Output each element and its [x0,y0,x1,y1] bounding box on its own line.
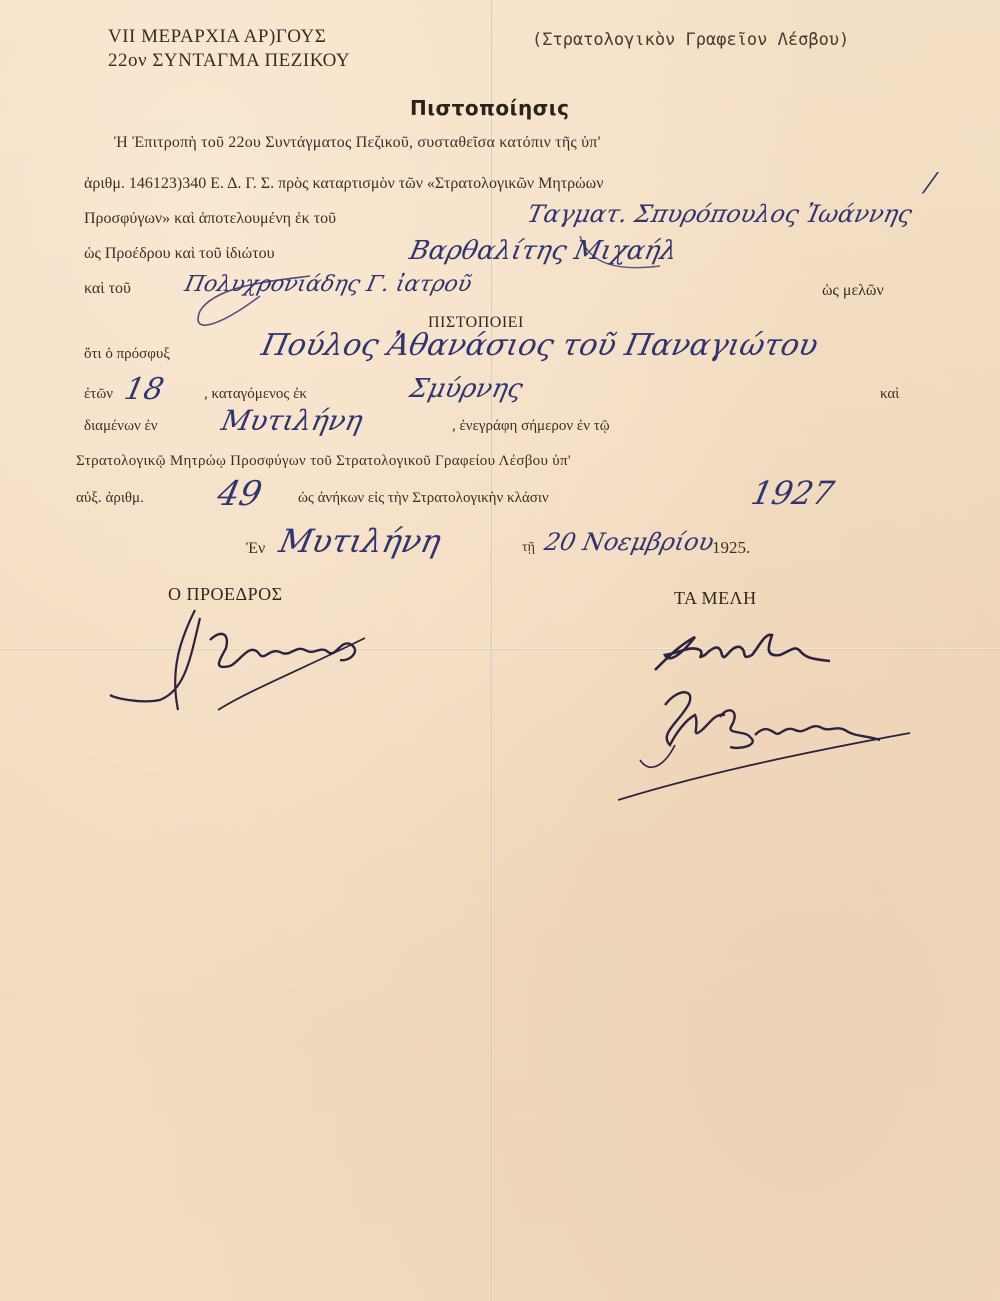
and-label: καὶ [880,386,899,403]
document-title: Πιστοποίησις [410,96,569,120]
handwritten-residence: Μυτιλήνη [218,404,365,437]
handwritten-serial-number: 49 [214,474,266,514]
paragraph-line-5-label: καὶ τοῦ [84,280,131,298]
date-label: τῇ [522,540,535,556]
place-label: Ἐν [246,540,265,558]
member-signature-2 [610,675,920,805]
handwritten-president-name: Ταγματ. Σπυρόπουλος Ἰωάννης [525,200,915,228]
paragraph-line-2: ἀριθμ. 146123)340 Ε. Δ. Γ. Σ. πρὸς καταρ… [84,175,603,193]
handwritten-date: 20 Νοεμβρίου [542,528,716,556]
registered-label: , ἐνεγράφη σήμερον ἐν τῷ [452,418,610,435]
residence-label: διαμένων ἐν [84,418,158,435]
paragraph-line-1: Ἡ Ἐπιτροπὴ τοῦ 22ου Συντάγματος Πεζικοῦ,… [114,134,601,152]
class-label: ὡς ἀνήκων εἰς τὴν Στρατολογικὴν κλάσιν [298,490,549,507]
paragraph-line-5-suffix: ὡς μελῶν [822,282,884,300]
handwritten-class-year: 1927 [748,474,838,512]
age-label: ἐτῶν [84,386,113,403]
year-label: 1925. [712,538,750,558]
header-regiment: 22ον ΣΥΝΤΑΓΜΑ ΠΕΖΙΚΟΥ [108,50,350,72]
handwritten-age: 18 [121,372,167,407]
handwritten-origin: Σμύρνης [407,374,526,404]
origin-label: , καταγόμενος ἐκ [204,386,307,403]
vertical-fold-crease [491,0,493,1301]
refugee-label: ὅτι ὁ πρόσφυξ [84,346,170,363]
handwritten-place: Μυτιλήνη [276,522,445,560]
president-signature [100,600,400,730]
handwriting-flourish [190,226,750,336]
registry-line: Στρατολογικῷ Μητρώῳ Προσφύγων τοῦ Στρατο… [76,453,571,470]
header-division: VII ΜΕΡΑΡΧΙΑ ΑΡ)ΓΟΥΣ [108,26,326,48]
header-office: (Στρατολογικὸν Γραφεῖον Λέσβου) [532,30,849,50]
serial-label: αὐξ. ἀριθμ. [76,490,144,507]
members-label: ΤΑ ΜΕΛΗ [674,588,757,609]
